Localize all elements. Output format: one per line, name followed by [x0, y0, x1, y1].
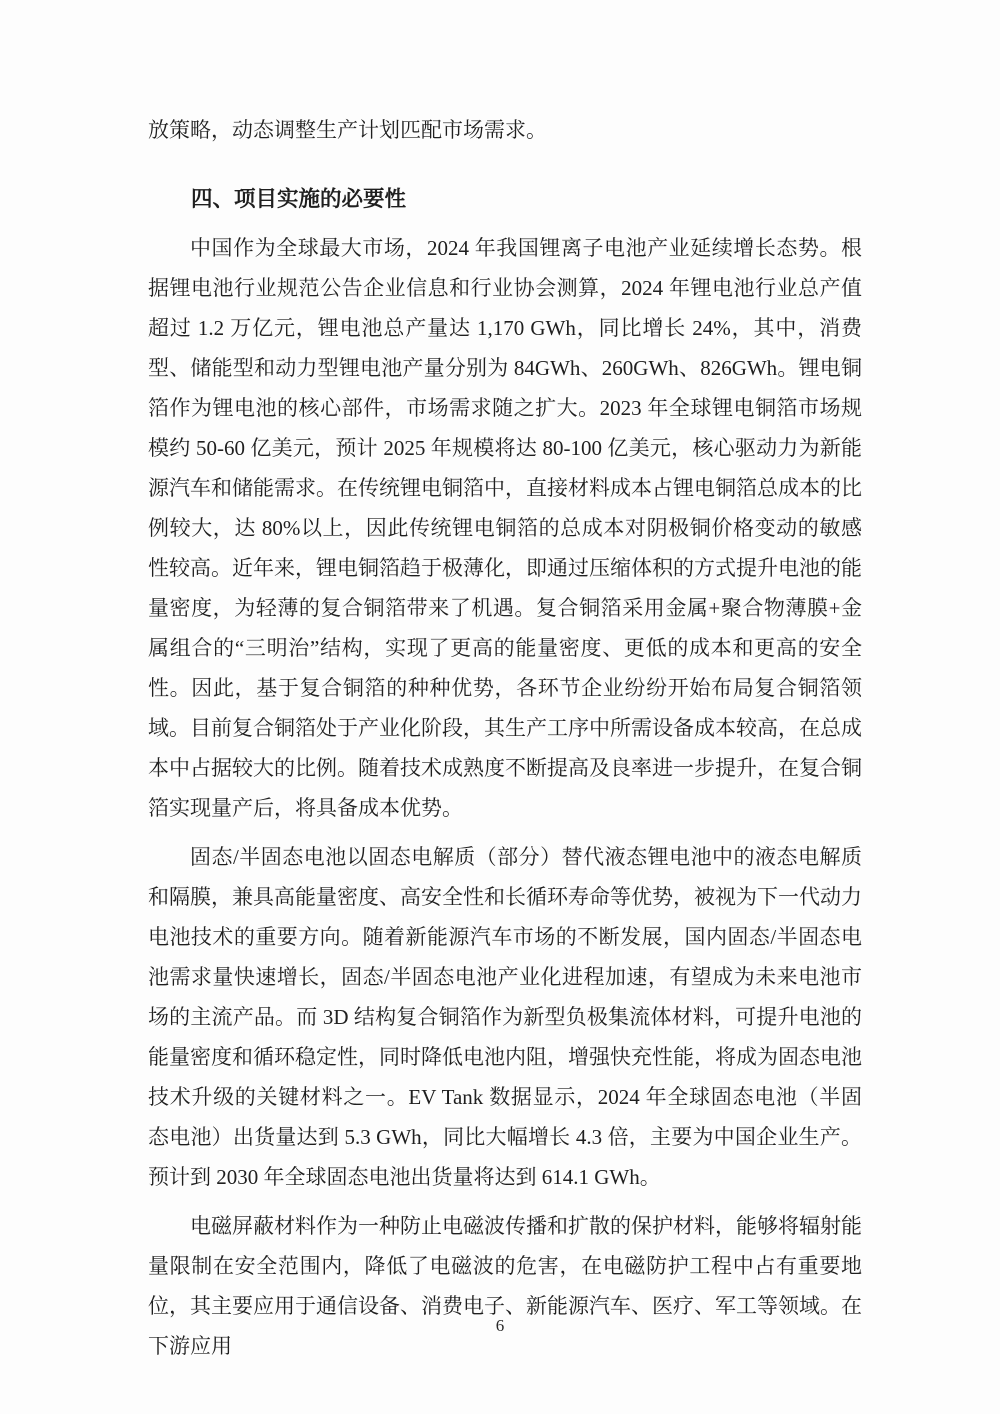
- page-number: 6: [0, 1316, 1000, 1336]
- paragraph-emi-shielding: 电磁屏蔽材料作为一种防止电磁波传播和扩散的保护材料，能够将辐射能量限制在安全范围…: [148, 1206, 862, 1366]
- document-page: 放策略，动态调整生产计划匹配市场需求。 四、项目实施的必要性 中国作为全球最大市…: [0, 0, 1000, 1414]
- paragraph-solid-state-battery: 固态/半固态电池以固态电解质（部分）替代液态锂电池中的液态电解质和隔膜，兼具高能…: [148, 837, 862, 1197]
- page-content: 放策略，动态调整生产计划匹配市场需求。 四、项目实施的必要性 中国作为全球最大市…: [148, 110, 862, 1366]
- section-heading: 四、项目实施的必要性: [148, 179, 862, 219]
- paragraph-continuation: 放策略，动态调整生产计划匹配市场需求。: [148, 110, 862, 150]
- paragraph-industry-overview: 中国作为全球最大市场，2024 年我国锂离子电池产业延续增长态势。根据锂电池行业…: [148, 228, 862, 828]
